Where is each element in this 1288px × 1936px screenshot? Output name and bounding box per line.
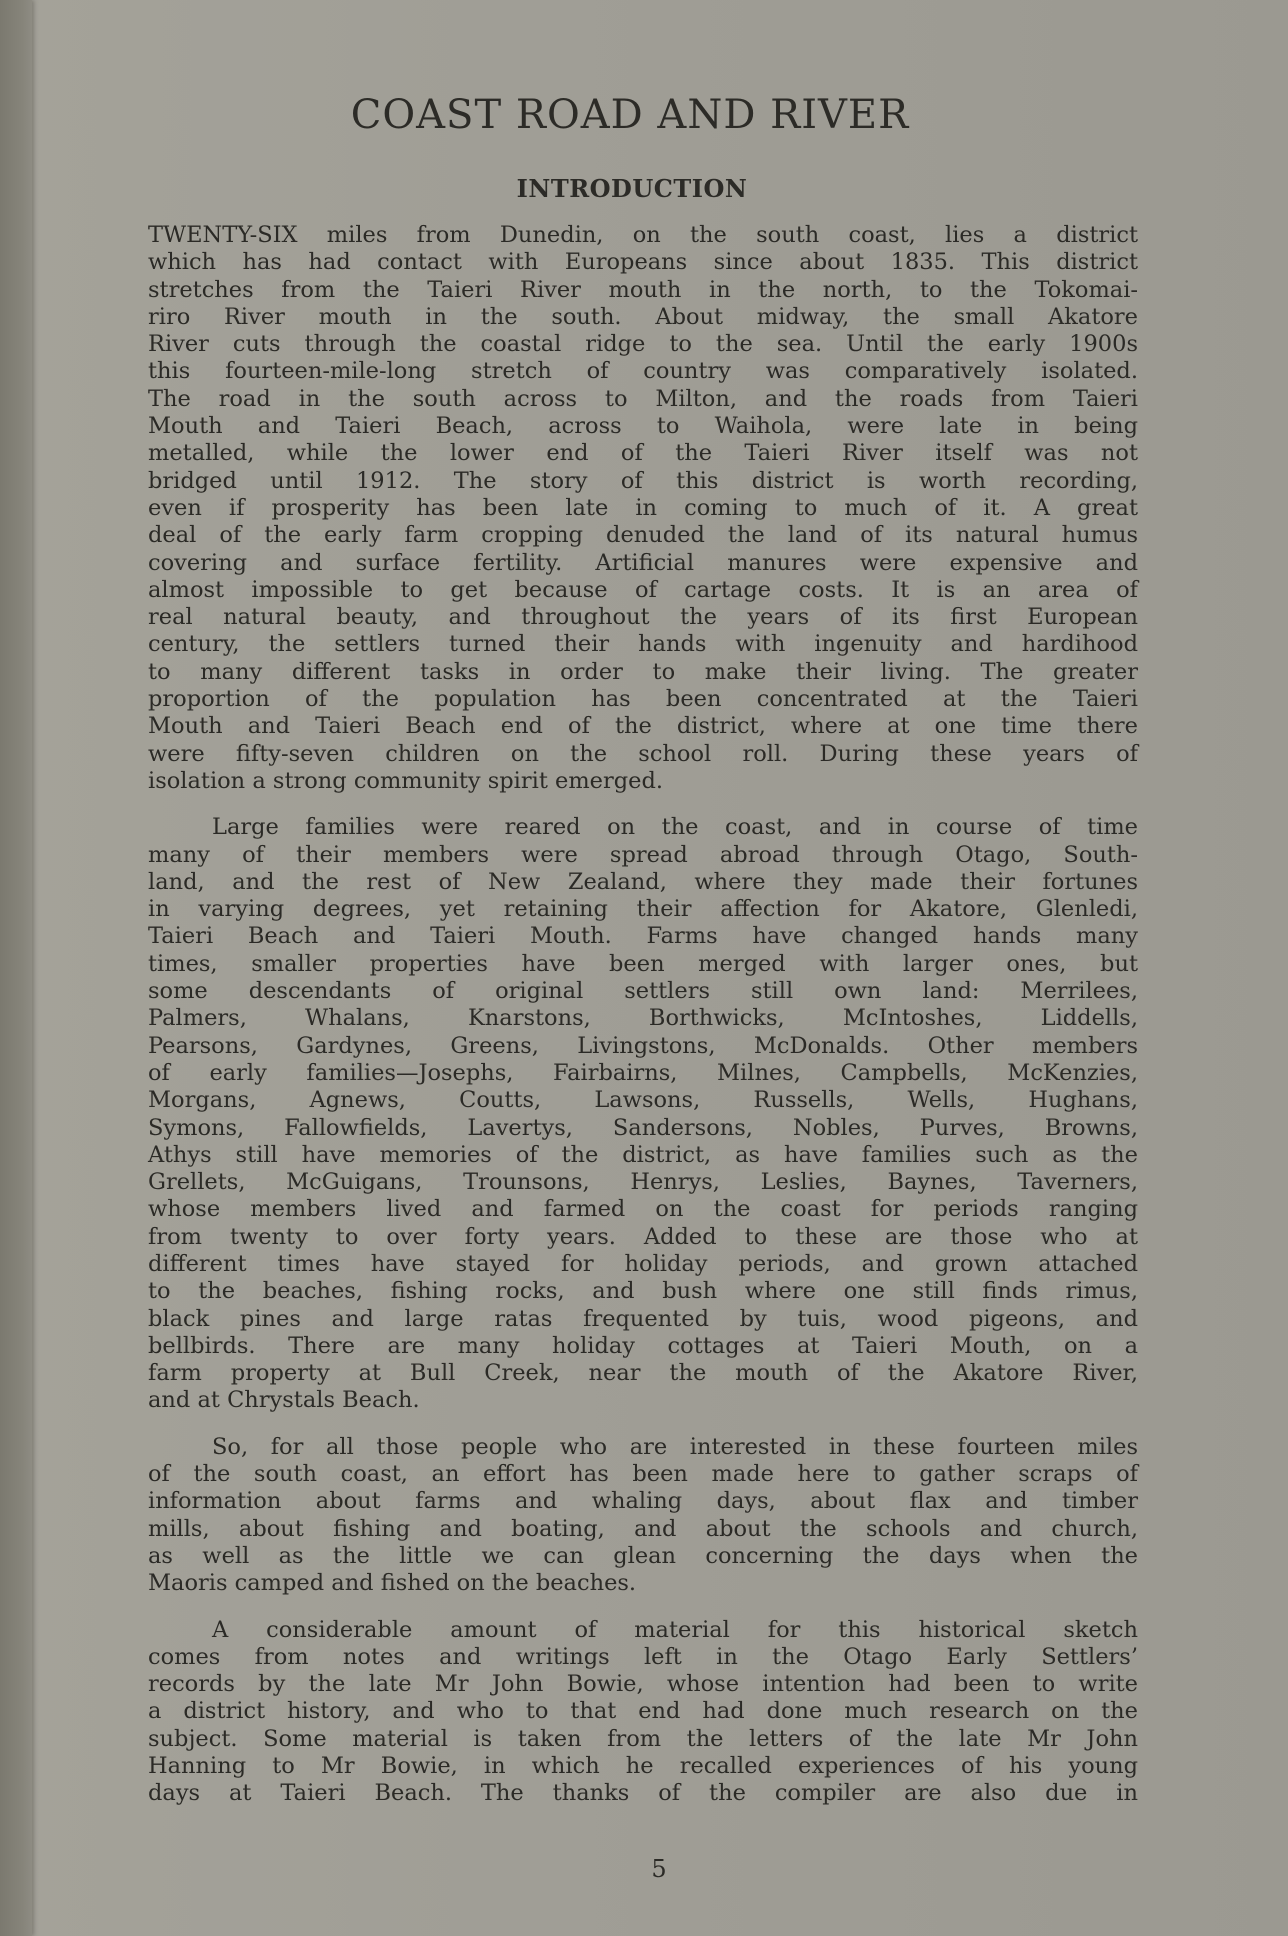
text-line: many of their members were spread abroad… <box>148 842 1138 869</box>
text-line: proportion of the population has been co… <box>148 686 1138 713</box>
text-line: So, for all those people who are interes… <box>148 1434 1138 1461</box>
text-line: comes from notes and writings left in th… <box>148 1644 1138 1671</box>
text-line: as well as the little we can glean conce… <box>148 1543 1138 1570</box>
text-line: Symons, Fallowfields, Lavertys, Sanderso… <box>148 1115 1138 1142</box>
text-line: black pines and large ratas frequented b… <box>148 1306 1138 1333</box>
text-line: isolation a strong community spirit emer… <box>148 768 1138 795</box>
text-line: farm property at Bull Creek, near the mo… <box>148 1360 1138 1387</box>
chapter-title: COAST ROAD AND RIVER <box>0 92 1260 138</box>
text-line: which has had contact with Europeans sin… <box>148 249 1138 276</box>
text-line: some descendants of original settlers st… <box>148 978 1138 1005</box>
text-line: TWENTY-SIX miles from Dunedin, on the so… <box>148 222 1138 249</box>
text-line: of early families—Josephs, Fairbairns, M… <box>148 1060 1138 1087</box>
text-line: Grellets, McGuigans, Trounsons, Henrys, … <box>148 1169 1138 1196</box>
text-line: in varying degrees, yet retaining their … <box>148 896 1138 923</box>
text-line: subject. Some material is taken from the… <box>148 1726 1138 1753</box>
paragraph-2: Large families were reared on the coast,… <box>148 814 1138 1415</box>
text-line: Maoris camped and fished on the beaches. <box>148 1570 1138 1597</box>
page-number: 5 <box>0 1855 1288 1883</box>
text-line: were fifty-seven children on the school … <box>148 741 1138 768</box>
text-line: Taieri Beach and Taieri Mouth. Farms hav… <box>148 923 1138 950</box>
text-line: metalled, while the lower end of the Tai… <box>148 440 1138 467</box>
text-line: land, and the rest of New Zealand, where… <box>148 869 1138 896</box>
text-line: from twenty to over forty years. Added t… <box>148 1224 1138 1251</box>
text-line: of the south coast, an effort has been m… <box>148 1461 1138 1488</box>
text-line: bellbirds. There are many holiday cottag… <box>148 1333 1138 1360</box>
text-line: Hanning to Mr Bowie, in which he recalle… <box>148 1753 1138 1780</box>
text-line: days at Taieri Beach. The thanks of the … <box>148 1780 1138 1807</box>
book-gutter <box>0 0 32 1936</box>
text-line: deal of the early farm cropping denuded … <box>148 522 1138 549</box>
text-line: century, the settlers turned their hands… <box>148 631 1138 658</box>
text-line: Athys still have memories of the distric… <box>148 1142 1138 1169</box>
text-line: Large families were reared on the coast,… <box>148 814 1138 841</box>
text-line: mills, about fishing and boating, and ab… <box>148 1516 1138 1543</box>
book-page: COAST ROAD AND RIVER INTRODUCTION TWENTY… <box>0 0 1288 1936</box>
text-line: Morgans, Agnews, Coutts, Lawsons, Russel… <box>148 1087 1138 1114</box>
text-line: a district history, and who to that end … <box>148 1698 1138 1725</box>
text-line: records by the late Mr John Bowie, whose… <box>148 1671 1138 1698</box>
paragraph-3: So, for all those people who are interes… <box>148 1434 1138 1598</box>
text-line: information about farms and whaling days… <box>148 1488 1138 1515</box>
text-line: whose members lived and farmed on the co… <box>148 1196 1138 1223</box>
text-line: River cuts through the coastal ridge to … <box>148 331 1138 358</box>
paragraph-1: TWENTY-SIX miles from Dunedin, on the so… <box>148 222 1138 795</box>
text-line: riro River mouth in the south. About mid… <box>148 304 1138 331</box>
text-line: stretches from the Taieri River mouth in… <box>148 277 1138 304</box>
paragraph-4: A considerable amount of material for th… <box>148 1617 1138 1808</box>
text-line: bridged until 1912. The story of this di… <box>148 468 1138 495</box>
text-line: different times have stayed for holiday … <box>148 1251 1138 1278</box>
text-line: to the beaches, fishing rocks, and bush … <box>148 1278 1138 1305</box>
text-line: Mouth and Taieri Beach end of the distri… <box>148 713 1138 740</box>
text-line: Mouth and Taieri Beach, across to Waihol… <box>148 413 1138 440</box>
body-text: TWENTY-SIX miles from Dunedin, on the so… <box>148 222 1138 1827</box>
text-line: real natural beauty, and throughout the … <box>148 604 1138 631</box>
section-heading: INTRODUCTION <box>0 174 1264 203</box>
text-line: to many different tasks in order to make… <box>148 659 1138 686</box>
text-line: times, smaller properties have been merg… <box>148 951 1138 978</box>
text-line: this fourteen-mile-long stretch of count… <box>148 358 1138 385</box>
text-line: almost impossible to get because of cart… <box>148 577 1138 604</box>
text-line: even if prosperity has been late in comi… <box>148 495 1138 522</box>
text-line: Palmers, Whalans, Knarstons, Borthwicks,… <box>148 1005 1138 1032</box>
text-line: covering and surface fertility. Artifici… <box>148 550 1138 577</box>
text-line: Pearsons, Gardynes, Greens, Livingstons,… <box>148 1033 1138 1060</box>
text-line: A considerable amount of material for th… <box>148 1617 1138 1644</box>
text-line: and at Chrystals Beach. <box>148 1387 1138 1414</box>
text-line: The road in the south across to Milton, … <box>148 386 1138 413</box>
